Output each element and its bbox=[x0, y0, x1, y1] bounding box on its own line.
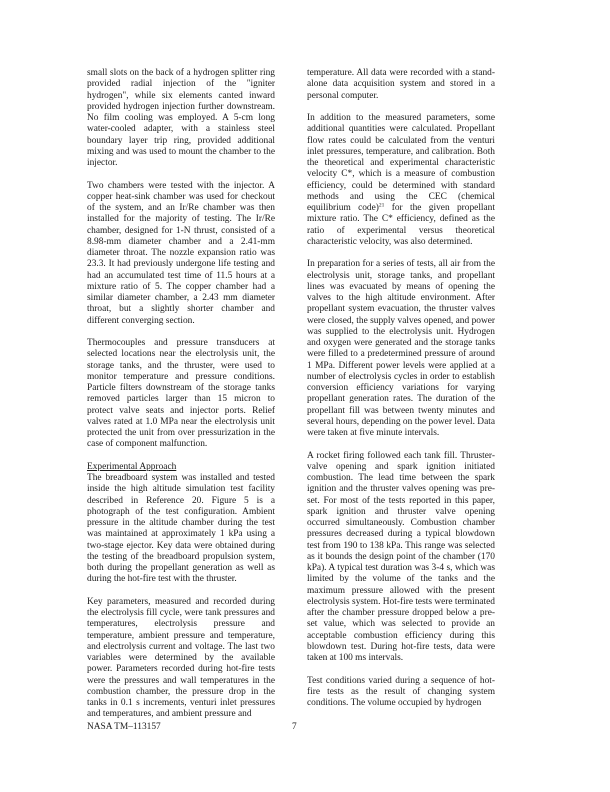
paragraph-data-acquisition: temperature. All data were recorded with… bbox=[307, 68, 495, 102]
paragraph-calculated-quantities: In addition to the measured parameters, … bbox=[307, 113, 495, 248]
right-column: temperature. All data were recorded with… bbox=[307, 68, 495, 721]
paragraph-key-parameters: Key parameters, measured and recorded du… bbox=[87, 597, 275, 721]
paragraph-rocket-firing: A rocket firing followed each tank fill.… bbox=[307, 451, 495, 665]
cstar-text-before-reference: In addition to the measured parameters, … bbox=[307, 113, 495, 213]
paragraph-test-preparation: In preparation for a series of tests, al… bbox=[307, 259, 495, 439]
left-column: small slots on the back of a hydrogen sp… bbox=[87, 68, 275, 732]
paragraph-chambers: Two chambers were tested with the inject… bbox=[87, 181, 275, 327]
section-heading-experimental-approach: Experimental Approach bbox=[87, 462, 275, 473]
page-number: 7 bbox=[292, 722, 297, 733]
paragraph-instrumentation: Thermocouples and pressure transducers a… bbox=[87, 338, 275, 451]
document-page: small slots on the back of a hydrogen sp… bbox=[0, 0, 610, 792]
paragraph-test-conditions: Test conditions varied during a sequence… bbox=[307, 676, 495, 710]
report-id: NASA TM–113157 bbox=[87, 722, 161, 733]
paragraph-injector-description: small slots on the back of a hydrogen sp… bbox=[87, 68, 275, 169]
paragraph-test-facility: The breadboard system was installed and … bbox=[87, 473, 275, 586]
